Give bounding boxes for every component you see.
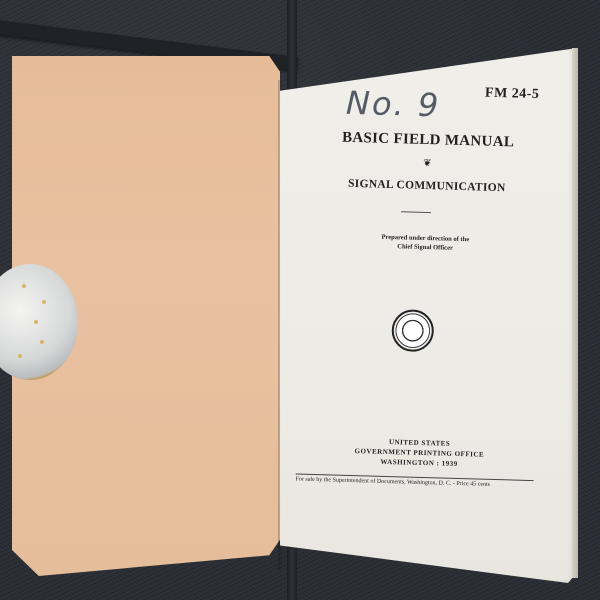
manual-title: BASIC FIELD MANUAL <box>283 128 573 153</box>
watch-hour-marker <box>34 320 38 324</box>
war-department-seal-icon <box>391 309 434 352</box>
publisher-imprint: UNITED STATES GOVERNMENT PRINTING OFFICE… <box>274 434 565 472</box>
ornament-icon: ❦ <box>282 154 572 173</box>
divider <box>401 211 431 213</box>
watch-hour-marker <box>40 340 44 344</box>
prepared-by: Prepared under direction of the Chief Si… <box>280 230 570 256</box>
handwritten-note: No. 9 <box>346 84 441 125</box>
watch-hour-marker <box>42 300 46 304</box>
watch-hour-marker <box>22 284 26 288</box>
form-number: FM 24-5 <box>485 86 540 104</box>
watch-hour-marker <box>18 354 22 358</box>
manual-subtitle: SIGNAL COMMUNICATION <box>282 176 572 196</box>
title-page-content: No. 9 FM 24-5 BASIC FIELD MANUAL ❦ SIGNA… <box>273 70 575 518</box>
